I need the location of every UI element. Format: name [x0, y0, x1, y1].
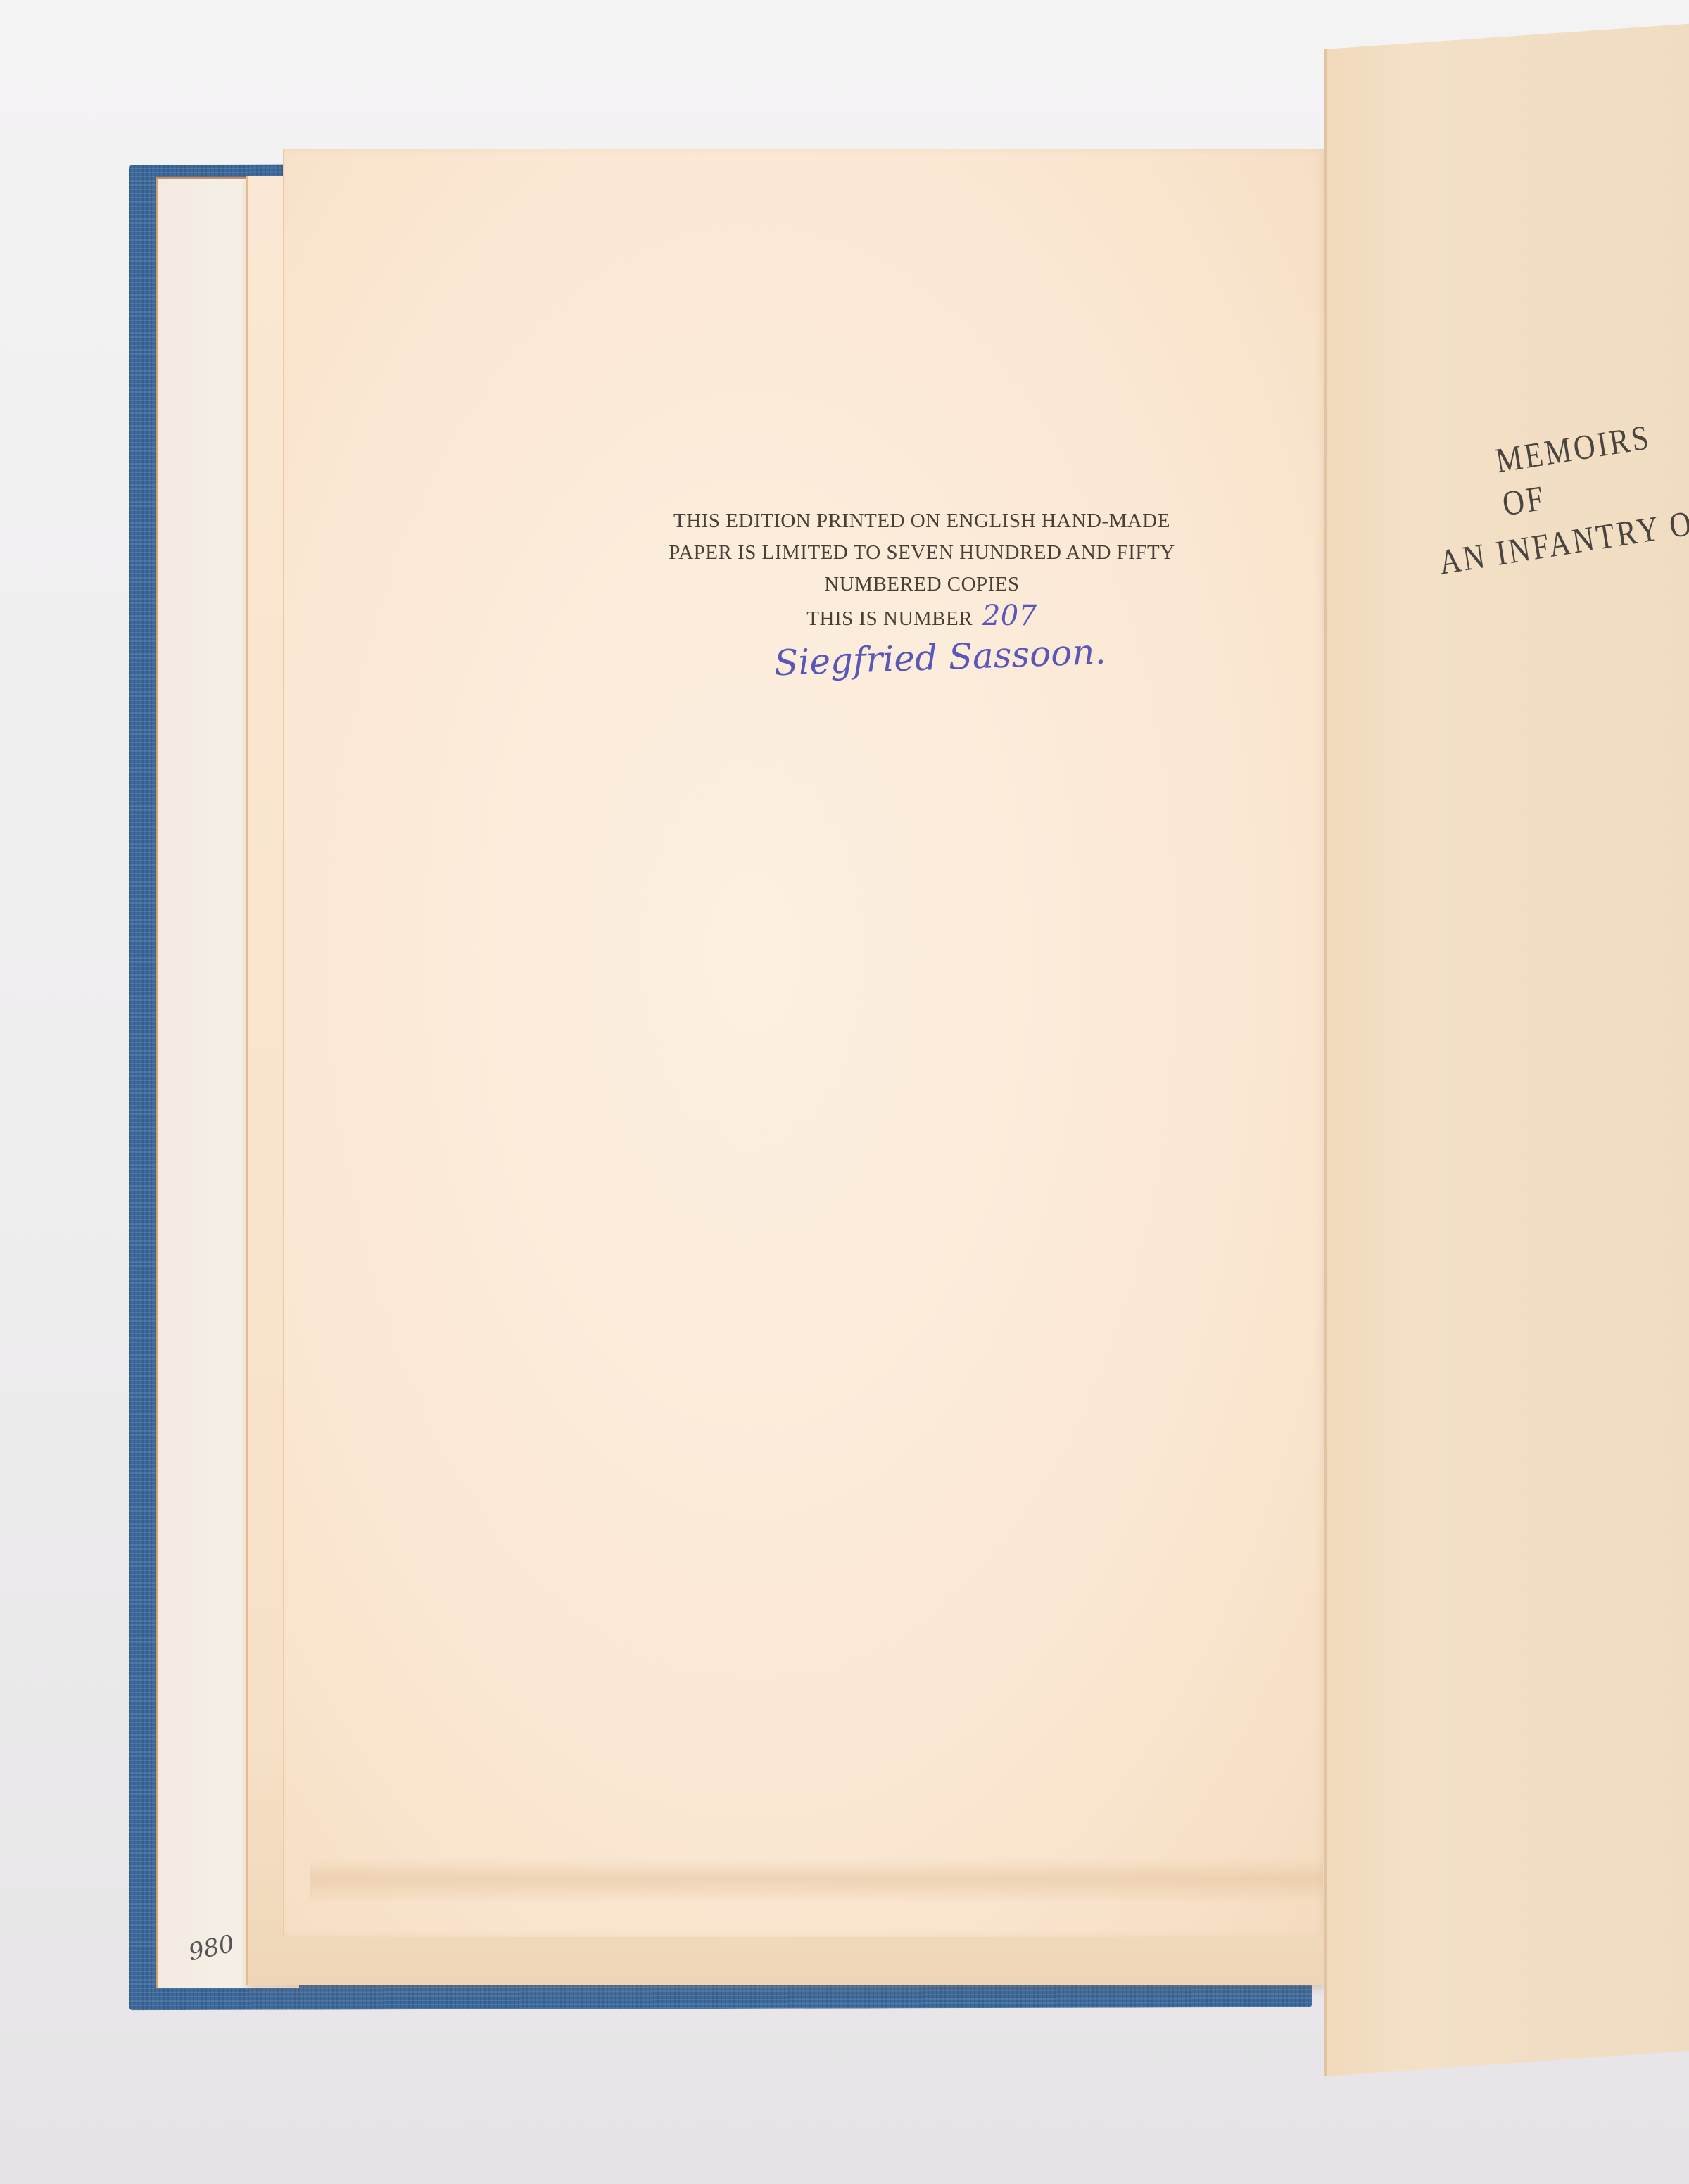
limitation-statement: THIS EDITION PRINTED ON ENGLISH HAND-MAD… [605, 505, 1239, 635]
title-page [1324, 22, 1689, 2076]
copy-number-line: THIS IS NUMBER 207 [605, 600, 1239, 635]
copy-number: 207 [982, 600, 1037, 632]
colophon-line: NUMBERED COPIES [605, 569, 1239, 600]
colophon-line: THIS EDITION PRINTED ON ENGLISH HAND-MAD… [605, 505, 1239, 537]
number-label: THIS IS NUMBER [806, 607, 973, 630]
colophon-line: PAPER IS LIMITED TO SEVEN HUNDRED AND FI… [605, 537, 1239, 569]
deckle-edge [310, 1858, 1323, 1900]
limitation-page [283, 149, 1326, 1937]
